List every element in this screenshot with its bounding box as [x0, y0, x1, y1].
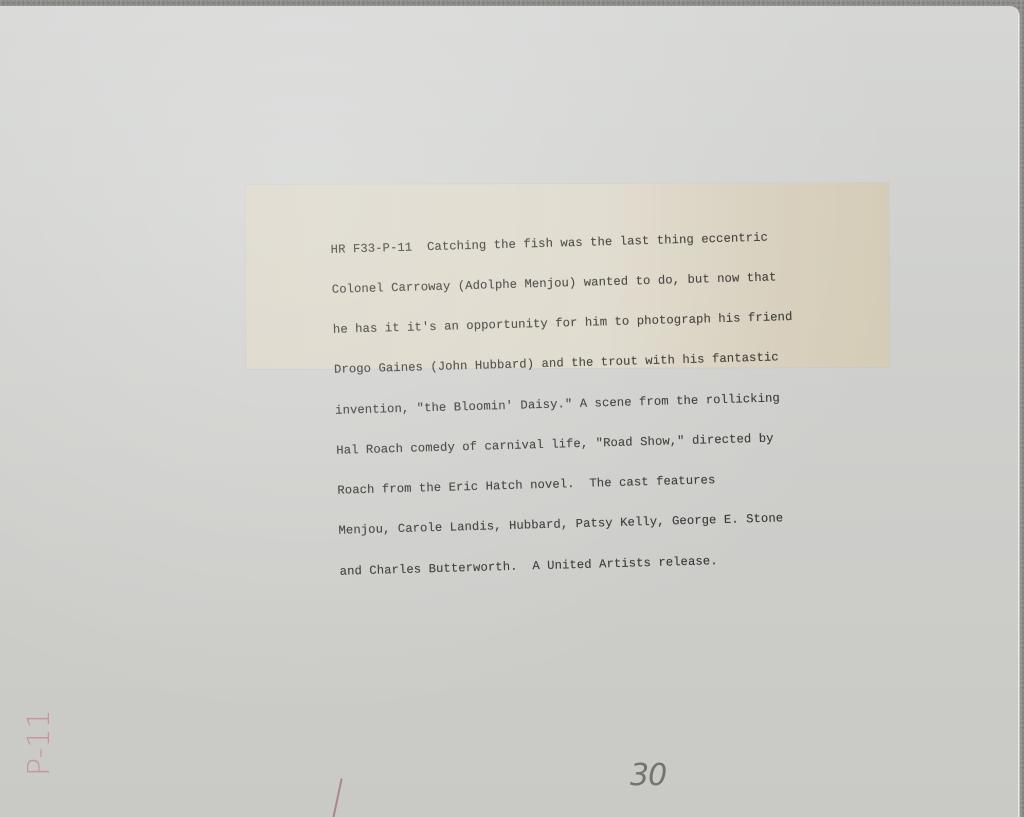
- caption-text: HR F33-P-11 Catching the fish was the la…: [330, 204, 811, 606]
- caption-line: Roach from the Eric Hatch novel. The cas…: [337, 472, 807, 499]
- photo-back-sheet: HR F33-P-11 Catching the fish was the la…: [0, 6, 1018, 817]
- handwritten-number: 30: [630, 758, 666, 793]
- caption-line: HR F33-P-11 Catching the fish was the la…: [331, 231, 801, 258]
- caption-line: Drogo Gaines (John Hubbard) and the trou…: [334, 351, 804, 378]
- pen-stroke-mark: [331, 778, 342, 817]
- caption-line: Menjou, Carole Landis, Hubbard, Patsy Ke…: [338, 512, 808, 539]
- caption-line: Colonel Carroway (Adolphe Menjou) wanted…: [332, 271, 802, 298]
- caption-line: invention, "the Bloomin' Daisy." A scene…: [335, 391, 805, 418]
- caption-line: and Charles Butterworth. A United Artist…: [340, 552, 810, 579]
- caption-line: he has it it's an opportunity for him to…: [333, 311, 803, 338]
- caption-slip: HR F33-P-11 Catching the fish was the la…: [246, 183, 890, 369]
- handwritten-code: P-11: [22, 710, 57, 776]
- caption-line: Hal Roach comedy of carnival life, "Road…: [336, 432, 806, 459]
